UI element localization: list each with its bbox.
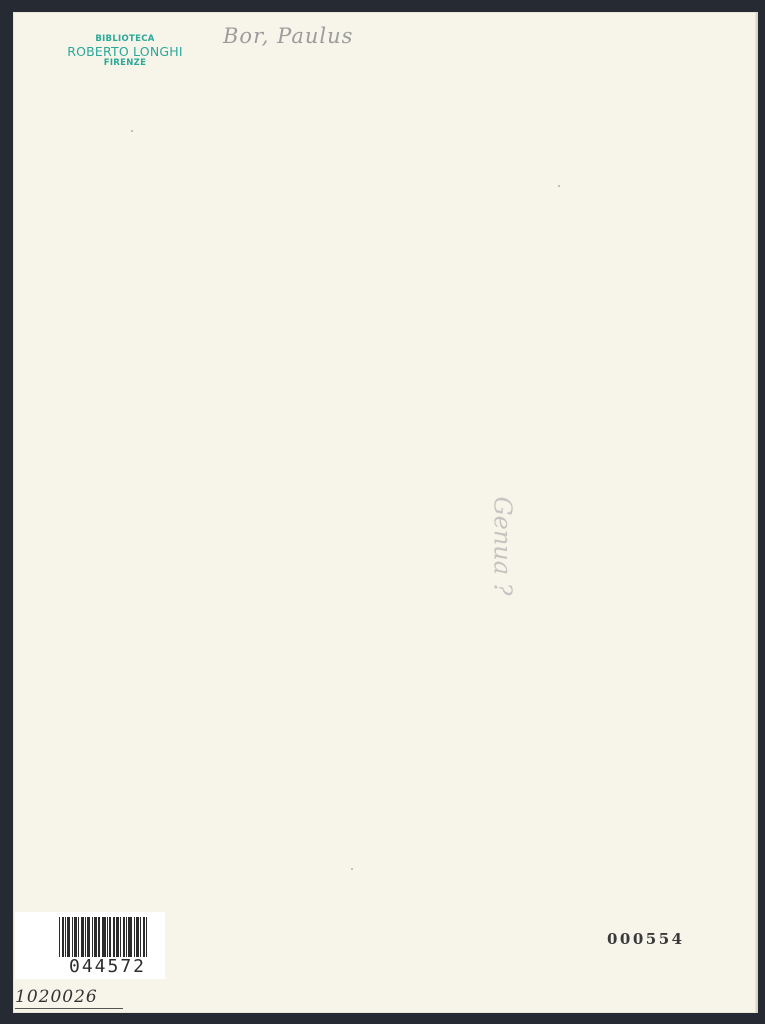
barcode-bar <box>134 917 135 957</box>
barcode-bar <box>98 917 100 957</box>
barcode-bar <box>113 917 115 957</box>
barcode-bar <box>109 917 111 957</box>
barcode-bar <box>136 917 139 957</box>
barcode-bar <box>65 917 66 957</box>
barcode-bar <box>143 917 145 957</box>
catalog-underline <box>15 1008 123 1009</box>
paper-speck <box>131 130 133 132</box>
photo-verso-sheet: BIBLIOTECA ROBERTO LONGHI FIRENZE Bor, P… <box>13 12 756 1013</box>
barcode-label: 044572 <box>15 912 165 979</box>
artist-annotation: Bor, Paulus <box>223 24 353 48</box>
barcode-bar <box>85 917 86 957</box>
barcode-number: 044572 <box>69 956 146 977</box>
barcode-graphic <box>59 917 148 957</box>
paper-speck <box>351 868 353 870</box>
barcode-bar <box>107 917 108 957</box>
barcode-bar <box>87 917 90 957</box>
catalog-number: 1020026 <box>15 987 98 1007</box>
inventory-number: 000554 <box>607 930 685 948</box>
barcode-bar <box>94 917 97 957</box>
barcode-bar <box>59 917 60 957</box>
barcode-bar <box>67 917 70 957</box>
barcode-bar <box>81 917 84 957</box>
barcode-bar <box>146 917 147 957</box>
barcode-bar <box>78 917 79 957</box>
stamp-line-roberto-longhi: ROBERTO LONGHI <box>64 45 186 59</box>
barcode-bar <box>126 917 127 957</box>
barcode-bar <box>74 917 77 957</box>
stamp-line-firenze: FIRENZE <box>64 59 186 69</box>
barcode-bar <box>116 917 119 957</box>
barcode-bar <box>72 917 73 957</box>
barcode-bar <box>92 917 93 957</box>
pencil-location-annotation: Genua ? <box>489 496 517 595</box>
barcode-bar <box>62 917 64 957</box>
barcode-bar <box>102 917 106 957</box>
barcode-bar <box>123 917 125 957</box>
barcode-bar <box>120 917 121 957</box>
library-stamp: BIBLIOTECA ROBERTO LONGHI FIRENZE <box>64 35 186 69</box>
barcode-bar <box>128 917 132 957</box>
paper-speck <box>558 185 560 187</box>
barcode-bar <box>140 917 141 957</box>
